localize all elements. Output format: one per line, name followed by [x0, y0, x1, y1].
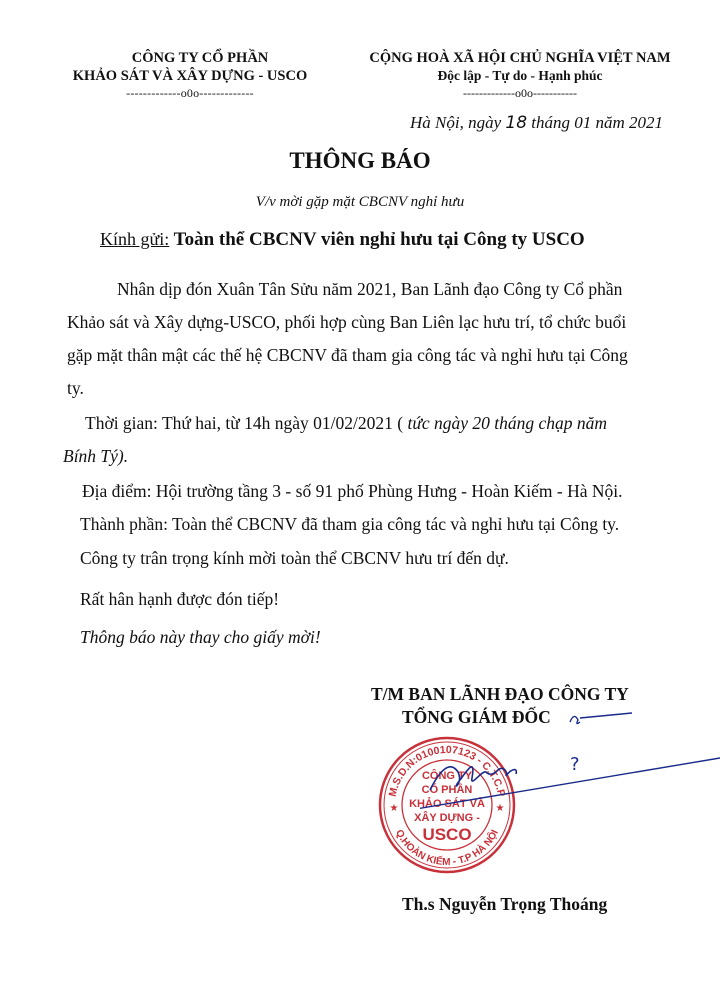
- recipient-line: Kính gửi: Toàn thể CBCNV viên nghỉ hưu t…: [100, 229, 585, 251]
- date-day: 18: [505, 113, 527, 133]
- national-title: CỘNG HOÀ XÃ HỘI CHỦ NGHĨA VIỆT NAM: [340, 49, 700, 67]
- date-prefix: Hà Nội, ngày: [410, 113, 505, 132]
- place-line: Địa điểm: Hội trường tầng 3 - số 91 phố …: [82, 475, 623, 508]
- intro-paragraph: Nhân dịp đón Xuân Tân Sửu năm 2021, Ban …: [67, 273, 697, 405]
- company-name: KHẢO SÁT VÀ XÂY DỰNG - USCO: [40, 67, 340, 85]
- handwritten-signature: ?: [420, 700, 720, 830]
- intro-line: gặp mặt thân mật các thế hệ CBCNV đã tha…: [67, 339, 628, 372]
- date-suffix: tháng 01 năm 2021: [527, 113, 663, 132]
- signer-name: Th.s Nguyễn Trọng Thoáng: [402, 894, 607, 915]
- invite-line: Công ty trân trọng kính mời toàn thể CBC…: [80, 542, 509, 575]
- company-header: CÔNG TY CỔ PHẦN KHẢO SÁT VÀ XÂY DỰNG - U…: [40, 49, 340, 101]
- intro-line: Nhân dịp đón Xuân Tân Sửu năm 2021, Ban …: [117, 273, 622, 306]
- time-lunar-cont: Bính Tý).: [63, 440, 128, 473]
- header-divider-left: -------------o0o-------------: [40, 85, 340, 101]
- note-line: Thông báo này thay cho giấy mời!: [80, 621, 321, 654]
- time-lunar: tức ngày 20 tháng chạp năm: [407, 413, 607, 433]
- intro-line: ty.: [67, 372, 84, 405]
- welcome-line: Rất hân hạnh được đón tiếp!: [80, 583, 279, 616]
- document-title: THÔNG BÁO: [0, 148, 720, 174]
- star-icon: ★: [390, 803, 399, 814]
- svg-text:?: ?: [570, 754, 580, 775]
- recipient-value: Toàn thể CBCNV viên nghỉ hưu tại Công ty…: [169, 229, 584, 250]
- time-line: Thời gian: Thứ hai, từ 14h ngày 01/02/20…: [85, 407, 607, 440]
- date-line: Hà Nội, ngày 18 tháng 01 năm 2021: [410, 113, 663, 133]
- national-header: CỘNG HOÀ XÃ HỘI CHỦ NGHĨA VIỆT NAM Độc l…: [340, 49, 700, 101]
- header-divider-right: -------------o0o-----------: [340, 85, 700, 101]
- document-subject: V/v mời gặp mặt CBCNV nghỉ hưu: [0, 194, 720, 211]
- members-line: Thành phần: Toàn thể CBCNV đã tham gia c…: [80, 508, 619, 541]
- recipient-label: Kính gửi:: [100, 229, 169, 249]
- national-motto: Độc lập - Tự do - Hạnh phúc: [340, 67, 700, 85]
- company-type: CÔNG TY CỔ PHẦN: [40, 49, 340, 67]
- intro-line: Khảo sát và Xây dựng-USCO, phối hợp cùng…: [67, 306, 626, 339]
- time-label: Thời gian: Thứ hai, từ 14h ngày 01/02/20…: [85, 413, 407, 433]
